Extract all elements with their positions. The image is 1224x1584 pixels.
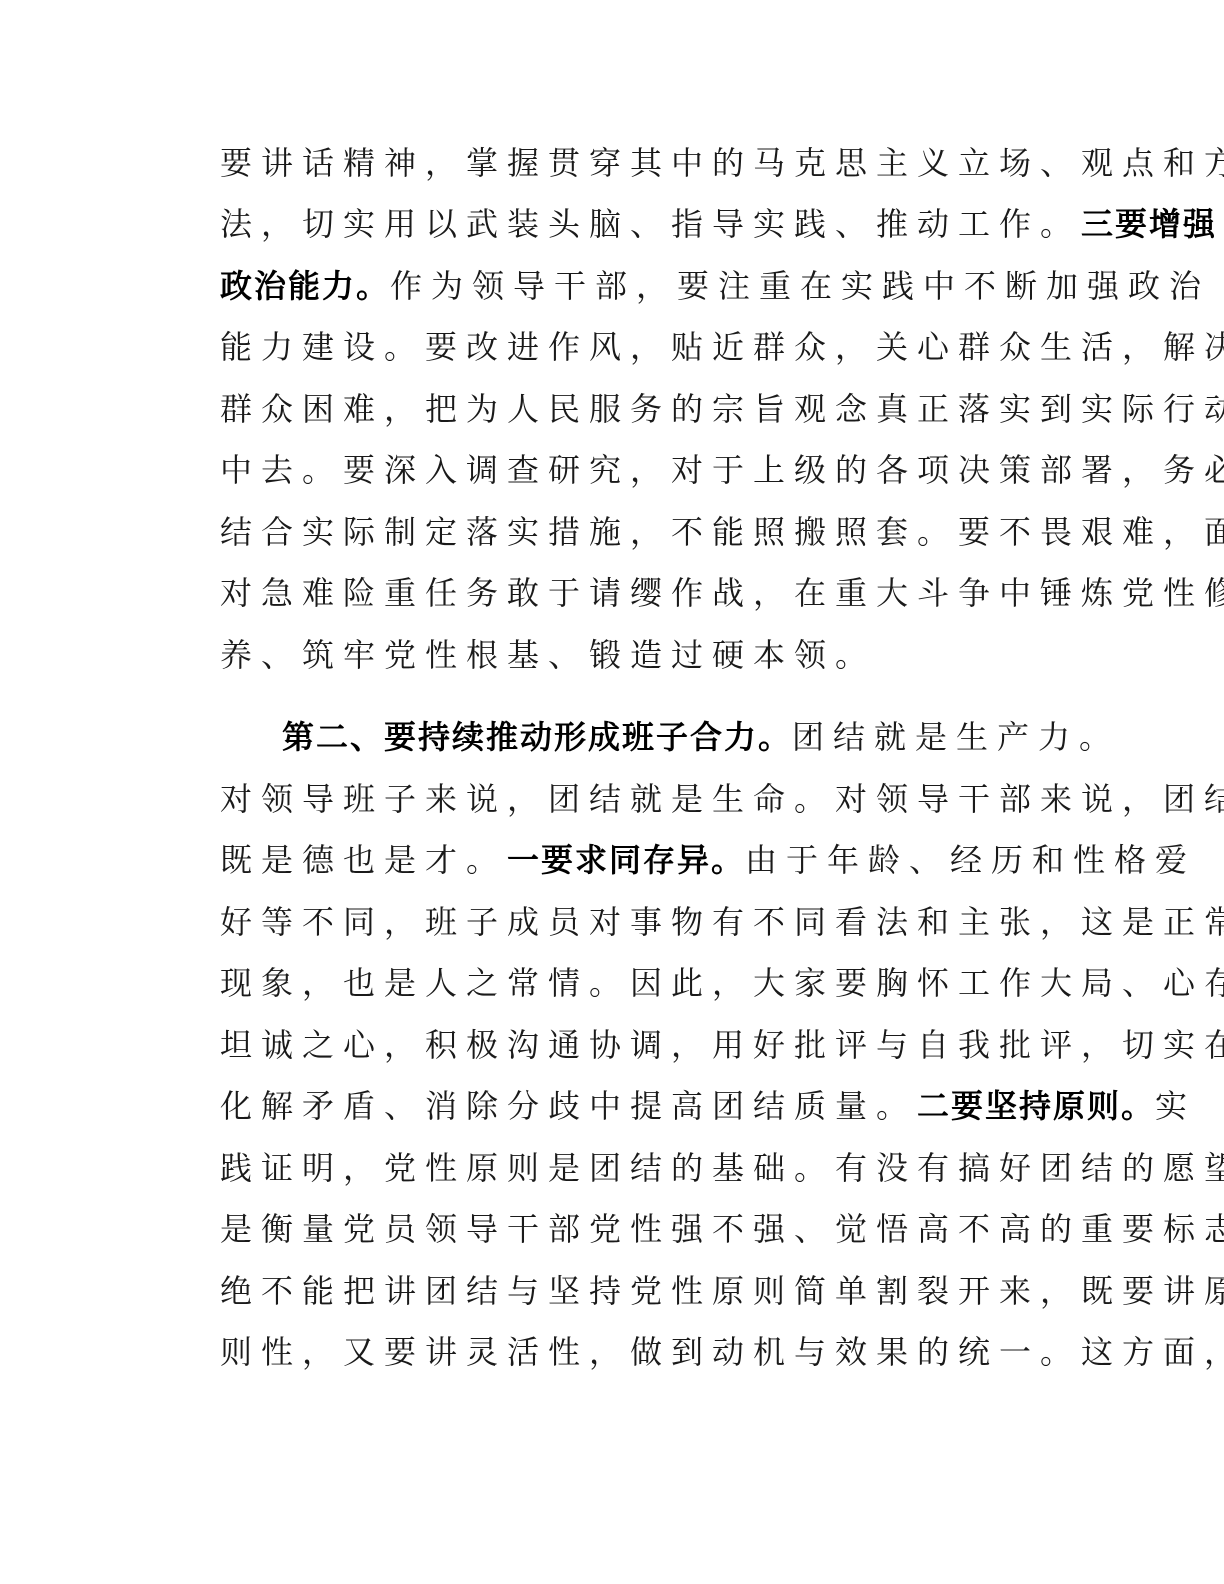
text-line: 对领导班子来说，团结就是生命。对领导干部来说，团结: [220, 774, 1040, 824]
text-line: 第二、要持续推动形成班子合力。团结就是生产力。: [282, 712, 1102, 762]
text-line: 践证明，党性原则是团结的基础。有没有搞好团结的愿望，: [220, 1143, 1040, 1193]
text-run: 是衡量党员领导干部党性强不强、觉悟高不高的重要标志。: [220, 1210, 1224, 1248]
text-run: 现象，也是人之常情。因此，大家要胸怀工作大局、心存: [220, 964, 1224, 1002]
text-run: 好等不同，班子成员对事物有不同看法和主张，这是正常: [220, 903, 1224, 941]
text-run: 实: [1155, 1087, 1196, 1125]
bold-heading-run: 三要增强: [1081, 205, 1217, 243]
text-line: 好等不同，班子成员对事物有不同看法和主张，这是正常: [220, 897, 1040, 947]
text-line: 结合实际制定落实措施，不能照搬照套。要不畏艰难，面: [220, 507, 1040, 557]
text-run: 由于年龄、经历和性格爱: [745, 841, 1196, 879]
document-page: 要讲话精神，掌握贯穿其中的马克思主义立场、观点和方 法，切实用以武装头脑、指导实…: [0, 0, 1224, 1584]
text-run: 作为领导干部，要注重在实践中不断加强政治: [390, 267, 1210, 305]
text-line: 化解矛盾、消除分歧中提高团结质量。二要坚持原则。实: [220, 1081, 1040, 1131]
text-line: 对急难险重任务敢于请缨作战，在重大斗争中锤炼党性修: [220, 568, 1040, 618]
text-run: 能力建设。要改进作风，贴近群众，关心群众生活，解决: [220, 328, 1224, 366]
section-heading-run: 第二、要持续推动形成班子合力。: [282, 718, 792, 756]
bold-heading-run: 二要坚持原则。: [917, 1087, 1155, 1125]
text-run: 则性，又要讲灵活性，做到动机与效果的统一。这方面，: [220, 1333, 1224, 1371]
text-line: 政治能力。作为领导干部，要注重在实践中不断加强政治: [220, 261, 1040, 311]
text-line: 是衡量党员领导干部党性强不强、觉悟高不高的重要标志。: [220, 1204, 1040, 1254]
text-line: 要讲话精神，掌握贯穿其中的马克思主义立场、观点和方: [220, 138, 1040, 188]
text-run: 既是德也是才。: [220, 841, 507, 879]
text-line: 法，切实用以武装头脑、指导实践、推动工作。三要增强: [220, 199, 1040, 249]
text-line: 群众困难，把为人民服务的宗旨观念真正落实到实际行动: [220, 384, 1040, 434]
text-line: 则性，又要讲灵活性，做到动机与效果的统一。这方面，: [220, 1327, 1040, 1377]
text-line: 现象，也是人之常情。因此，大家要胸怀工作大局、心存: [220, 958, 1040, 1008]
text-line: 坦诚之心，积极沟通协调，用好批评与自我批评，切实在: [220, 1020, 1040, 1070]
text-run: 群众困难，把为人民服务的宗旨观念真正落实到实际行动: [220, 390, 1224, 428]
text-run: 要讲话精神，掌握贯穿其中的马克思主义立场、观点和方: [220, 144, 1224, 182]
text-run: 结合实际制定落实措施，不能照搬照套。要不畏艰难，面: [220, 513, 1224, 551]
text-line: 养、筑牢党性根基、锻造过硬本领。: [220, 630, 1040, 680]
text-line: 既是德也是才。一要求同存异。由于年龄、经历和性格爱: [220, 835, 1040, 885]
text-line: 中去。要深入调查研究，对于上级的各项决策部署，务必: [220, 445, 1040, 495]
text-run: 中去。要深入调查研究，对于上级的各项决策部署，务必: [220, 451, 1224, 489]
text-run: 践证明，党性原则是团结的基础。有没有搞好团结的愿望，: [220, 1149, 1224, 1187]
text-run: 化解矛盾、消除分歧中提高团结质量。: [220, 1087, 917, 1125]
text-run: 养、筑牢党性根基、锻造过硬本领。: [220, 636, 876, 674]
text-run: 对急难险重任务敢于请缨作战，在重大斗争中锤炼党性修: [220, 574, 1224, 612]
text-run: 法，切实用以武装头脑、指导实践、推动工作。: [220, 205, 1081, 243]
text-run: 对领导班子来说，团结就是生命。对领导干部来说，团结: [220, 780, 1224, 818]
text-run: 坦诚之心，积极沟通协调，用好批评与自我批评，切实在: [220, 1026, 1224, 1064]
text-line: 绝不能把讲团结与坚持党性原则简单割裂开来，既要讲原: [220, 1266, 1040, 1316]
text-run: 团结就是生产力。: [792, 718, 1120, 756]
bold-heading-run: 政治能力。: [220, 267, 390, 305]
bold-heading-run: 一要求同存异。: [507, 841, 745, 879]
text-run: 绝不能把讲团结与坚持党性原则简单割裂开来，既要讲原: [220, 1272, 1224, 1310]
text-line: 能力建设。要改进作风，贴近群众，关心群众生活，解决: [220, 322, 1040, 372]
